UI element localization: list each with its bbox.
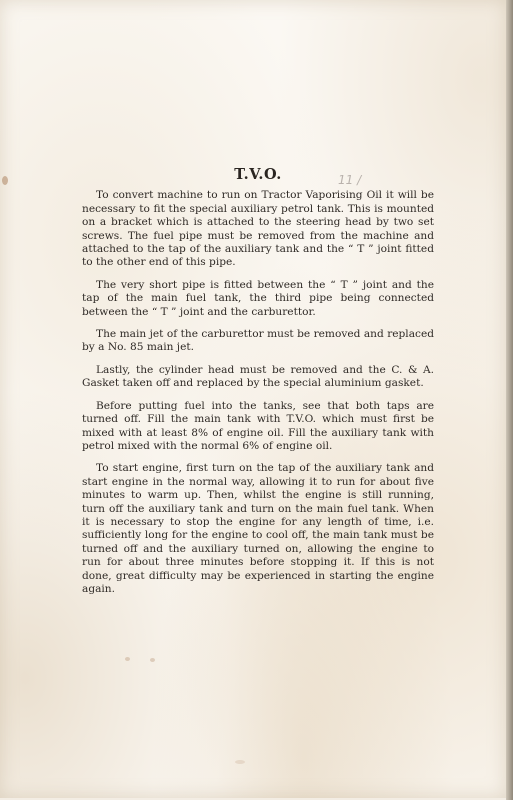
paragraph-fuel: Before putting fuel into the tanks, see … <box>82 400 434 454</box>
paragraph-gasket: Lastly, the cylinder head must be remove… <box>82 364 434 391</box>
paragraph-starting: To start engine, first turn on the tap o… <box>82 462 434 596</box>
paragraph-pipes: The very short pipe is fitted between th… <box>82 279 434 319</box>
document-page: 11 / T.V.O. To convert machine to run on… <box>0 0 506 798</box>
paper-stain <box>235 760 245 764</box>
paper-stain <box>125 657 130 661</box>
document-body: T.V.O. To convert machine to run on Trac… <box>82 168 434 605</box>
paper-stain <box>2 176 8 185</box>
page-edge <box>506 0 513 800</box>
paragraph-main-jet: The main jet of the carburettor must be … <box>82 328 434 355</box>
paragraph-conversion: To convert machine to run on Tractor Vap… <box>82 189 434 269</box>
paper-stain <box>150 658 155 662</box>
page-title: T.V.O. <box>82 168 434 181</box>
